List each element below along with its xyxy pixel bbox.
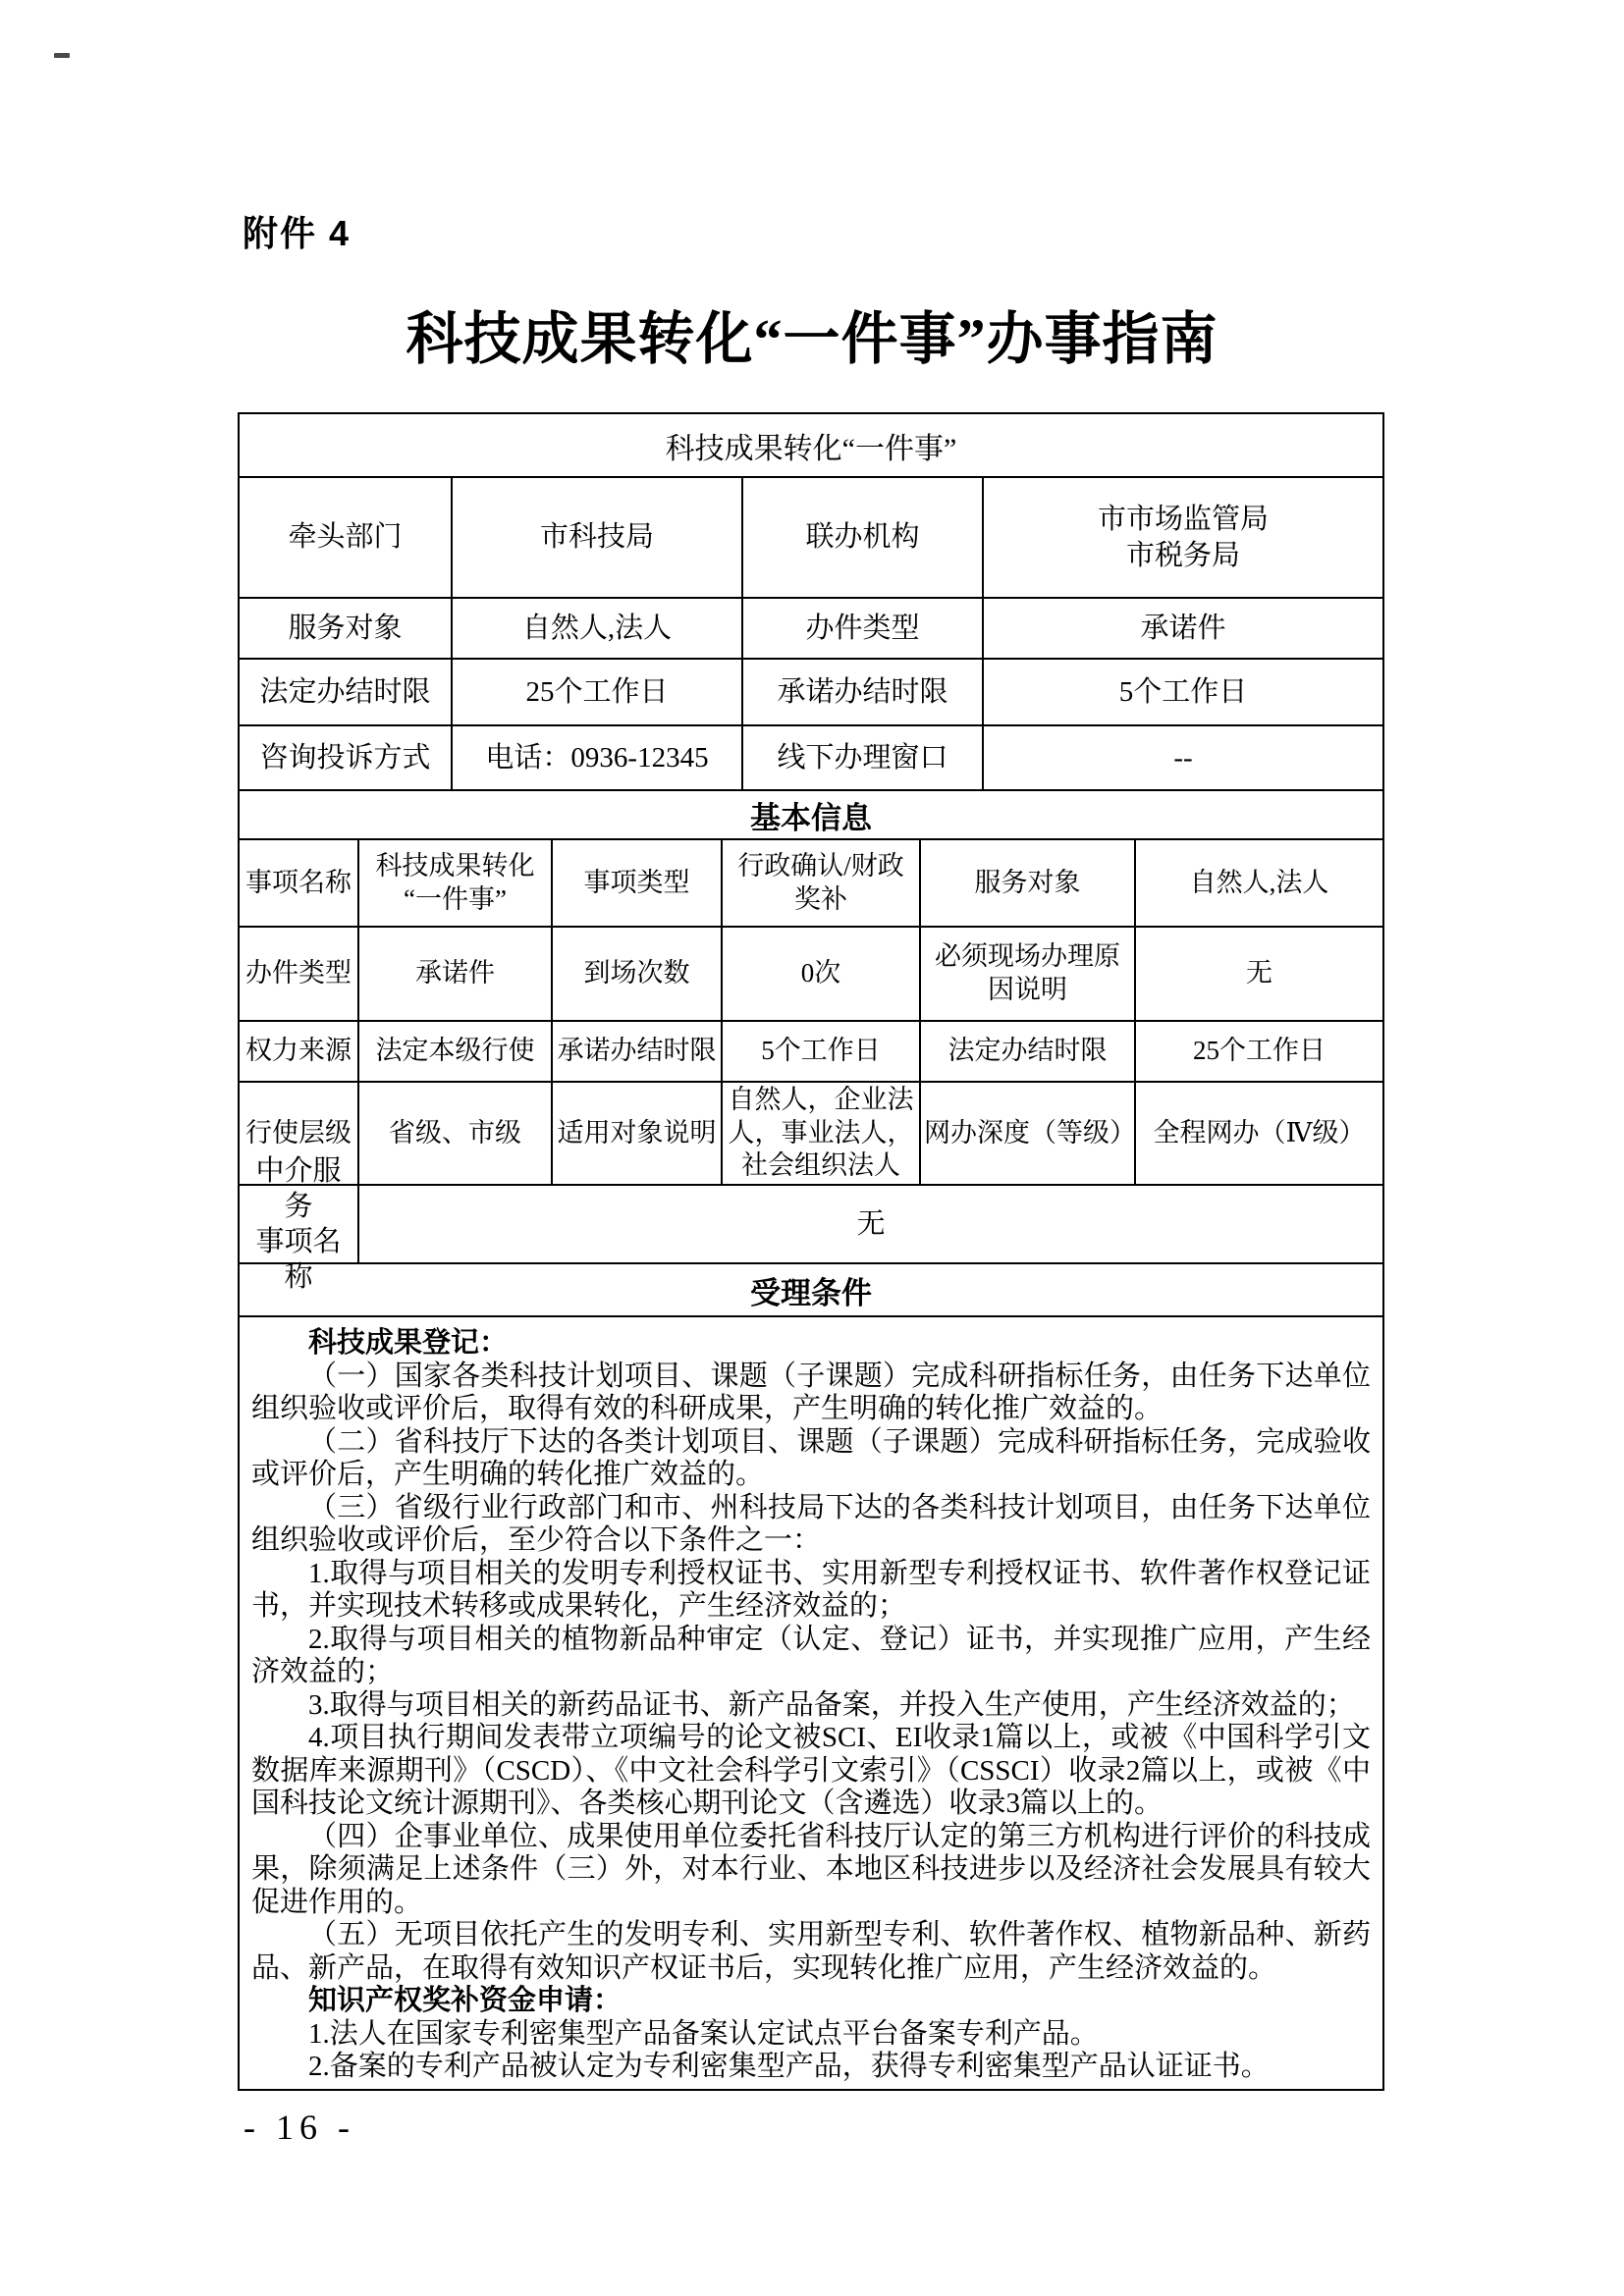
basic-value: 25个工作日 [1136,1022,1382,1083]
acceptance-paragraph: 科技成果登记： [251,1327,1371,1361]
corner-artifact [54,53,70,58]
info-label: 服务对象 [240,599,453,660]
basic-label: 网办深度（等级） [921,1083,1136,1186]
table-title-row: 科技成果转化“一件事” [240,414,1382,478]
info-label: 办件类型 [743,599,984,660]
basic-value: 全程网办（Ⅳ级） [1136,1083,1382,1186]
basic-info-section: 事项名称 科技成果转化 “一件事” 事项类型 行政确认/财政奖补 服务对象 自然… [240,840,1382,1186]
basic-info-band: 基本信息 [240,791,1382,840]
info-value: 25个工作日 [453,660,743,726]
acceptance-paragraph: 4.项目执行期间发表带立项编号的论文被SCI、EI收录1篇以上，或被《中国科学引… [251,1722,1371,1821]
info-label: 法定办结时限 [240,660,453,726]
info-label: 承诺办结时限 [743,660,984,726]
info-value: 承诺件 [984,599,1382,660]
basic-label: 到场次数 [553,928,723,1022]
basic-value: 法定本级行使 [359,1022,553,1083]
info-label: 咨询投诉方式 [240,726,453,791]
basic-value: 自然人，企业法人，事业法人，社会组织法人 [723,1083,921,1186]
info-value: 自然人,法人 [453,599,743,660]
basic-value: 无 [1136,928,1382,1022]
acceptance-paragraph: （五）无项目依托产生的发明专利、实用新型专利、软件著作权、植物新品种、新药品、新… [251,1919,1371,1985]
basic-label: 事项名称 [240,840,359,928]
info-label: 线下办理窗口 [743,726,984,791]
acceptance-paragraph: （四）企事业单位、成果使用单位委托省科技厅认定的第三方机构进行评价的科技成果，除… [251,1821,1371,1920]
acceptance-paragraph: 知识产权奖补资金申请： [251,1985,1371,2018]
acceptance-paragraph: （三）省级行业行政部门和市、州科技局下达的各类科技计划项目，由任务下达单位组织验… [251,1492,1371,1558]
intermediary-value: 无 [359,1186,1382,1264]
info-value: 5个工作日 [984,660,1382,726]
basic-value: 5个工作日 [723,1022,921,1083]
basic-info-title: 基本信息 [750,793,872,837]
basic-label: 办件类型 [240,928,359,1022]
basic-label: 承诺办结时限 [553,1022,723,1083]
basic-label: 适用对象说明 [553,1083,723,1186]
info-value: 电话：0936-12345 [453,726,743,791]
document-title: 科技成果转化“一件事”办事指南 [0,293,1624,375]
main-table: 科技成果转化“一件事” 牵头部门 市科技局 联办机构 市市场监管局 市税务局 服… [238,412,1384,2091]
table-title: 科技成果转化“一件事” [666,424,957,467]
basic-label: 事项类型 [553,840,723,928]
basic-label: 必须现场办理原因说明 [921,928,1136,1022]
acceptance-band: 受理条件 [240,1264,1382,1317]
acceptance-content: 科技成果登记：（一）国家各类科技计划项目、课题（子课题）完成科研指标任务，由任务… [240,1317,1382,2089]
acceptance-paragraph: （一）国家各类科技计划项目、课题（子课题）完成科研指标任务，由任务下达单位组织验… [251,1361,1371,1426]
info-section: 牵头部门 市科技局 联办机构 市市场监管局 市税务局 服务对象 自然人,法人 办… [240,478,1382,791]
intermediary-label: 中介服务 事项名称 [240,1186,359,1264]
basic-value: 行政确认/财政奖补 [723,840,921,928]
acceptance-paragraph: （二）省科技厅下达的各类计划项目、课题（子课题）完成科研指标任务，完成验收或评价… [251,1426,1371,1492]
basic-label: 法定办结时限 [921,1022,1136,1083]
info-label: 牵头部门 [240,478,453,599]
basic-label: 服务对象 [921,840,1136,928]
page-number: - 16 - [244,2107,355,2148]
basic-label: 权力来源 [240,1022,359,1083]
info-label: 联办机构 [743,478,984,599]
acceptance-paragraph: 1.法人在国家专利密集型产品备案认定试点平台备案专利产品。 [251,2018,1371,2052]
acceptance-paragraph: 2.备案的专利产品被认定为专利密集型产品，获得专利密集型产品认证证书。 [251,2051,1371,2084]
intermediary-section: 中介服务 事项名称 无 [240,1186,1382,1264]
acceptance-paragraph: 2.取得与项目相关的植物新品种审定（认定、登记）证书，并实现推广应用，产生经济效… [251,1624,1371,1689]
basic-value: 科技成果转化 “一件事” [359,840,553,928]
basic-value: 自然人,法人 [1136,840,1382,928]
attachment-label: 附件 4 [243,206,351,256]
info-value: 市市场监管局 市税务局 [984,478,1382,599]
info-value: 市科技局 [453,478,743,599]
acceptance-paragraph: 1.取得与项目相关的发明专利授权证书、实用新型专利授权证书、软件著作权登记证书，… [251,1558,1371,1624]
acceptance-title: 受理条件 [750,1268,872,1312]
basic-value: 承诺件 [359,928,553,1022]
basic-value: 0次 [723,928,921,1022]
info-value: -- [984,726,1382,791]
acceptance-paragraph: 3.取得与项目相关的新药品证书、新产品备案，并投入生产使用，产生经济效益的； [251,1689,1371,1723]
basic-value: 省级、市级 [359,1083,553,1186]
